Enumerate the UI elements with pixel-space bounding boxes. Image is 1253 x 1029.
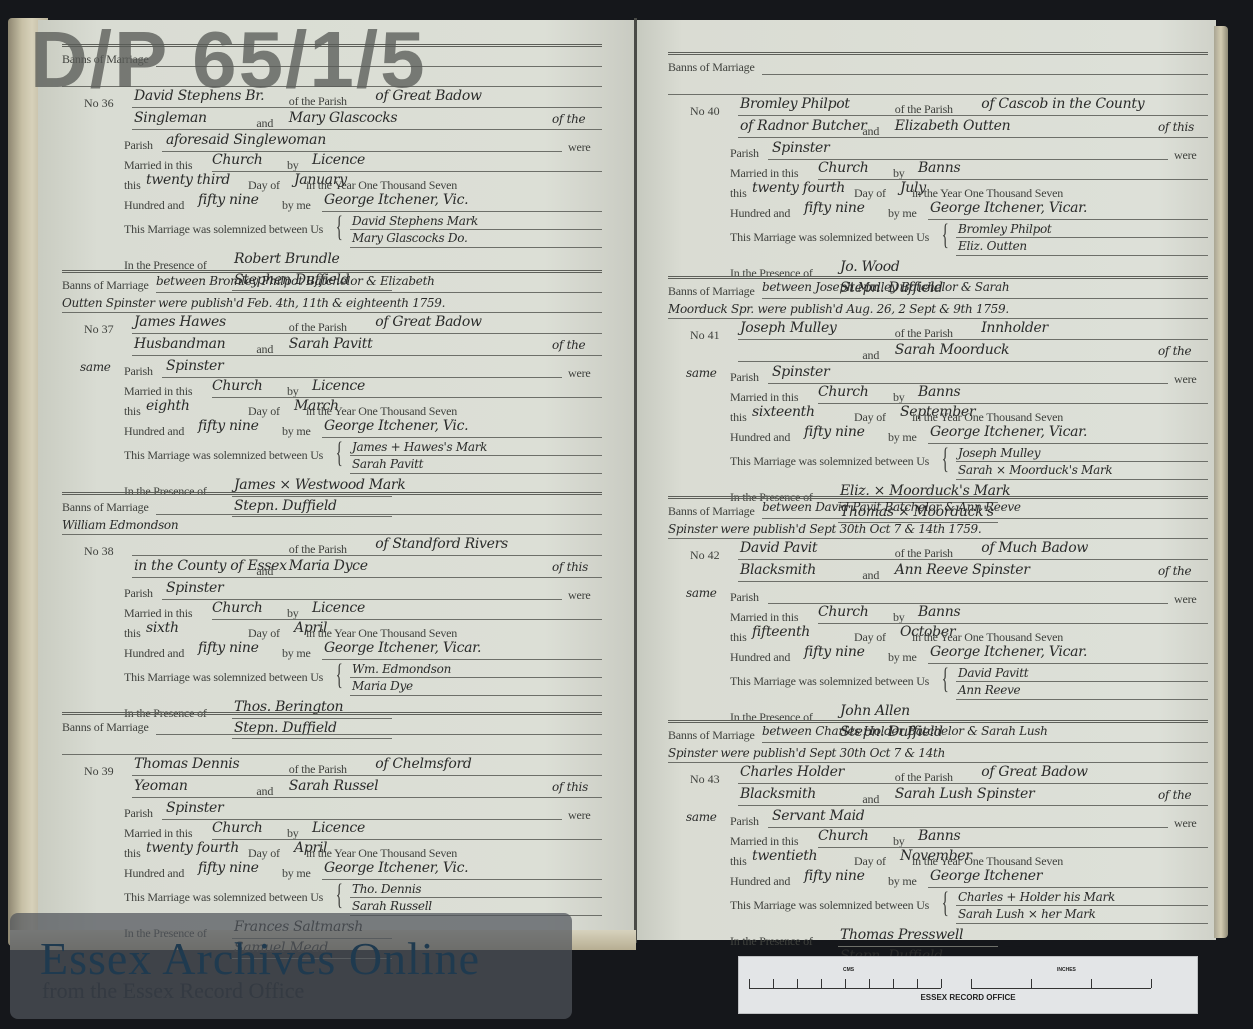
bride-name: Mary Glascocks xyxy=(289,110,398,126)
hundred-label: Hundred and xyxy=(730,206,790,221)
hundred-label: Hundred and xyxy=(730,430,790,445)
ruler-tick xyxy=(821,979,822,988)
banns-text-line2: Spinster were publish'd Sept 30th Oct 7 … xyxy=(668,522,981,536)
signature-2: Mary Glascocks Do. xyxy=(352,231,467,245)
marriage-year: fifty nine xyxy=(804,644,865,660)
minister: George Itchener, Vicar. xyxy=(930,644,1087,660)
ruler-tick xyxy=(773,979,774,988)
were-label: were xyxy=(1174,148,1197,163)
marriage-day: twenty fourth xyxy=(146,840,239,856)
hundred-label: Hundred and xyxy=(730,650,790,665)
by-method: Licence xyxy=(312,378,365,394)
entry-number: No 38 xyxy=(84,544,114,559)
entry-number: No 41 xyxy=(690,328,720,343)
this-label: this xyxy=(124,178,141,193)
line-rule xyxy=(956,905,1208,906)
banns-rule-2 xyxy=(668,538,1208,539)
year-label: in the Year One Thousand Seven xyxy=(306,404,457,419)
bride-name: Maria Dyce xyxy=(289,558,368,574)
signature-2: Maria Dye xyxy=(352,679,413,693)
place: Church xyxy=(212,600,263,616)
year-label: in the Year One Thousand Seven xyxy=(912,186,1063,201)
banns-label: Banns of Marriage xyxy=(668,284,755,299)
banns-text-line1: between Bromley Philpot Batchelor & Eliz… xyxy=(156,274,435,288)
entry-top-rule xyxy=(668,276,1208,279)
by-me-label: by me xyxy=(888,206,917,221)
groom-parish: of Great Badow xyxy=(981,764,1087,780)
year-label: in the Year One Thousand Seven xyxy=(306,178,457,193)
marriage-day: sixteenth xyxy=(752,404,815,420)
ruler-tick xyxy=(869,979,870,988)
place: Church xyxy=(818,604,869,620)
entry-number: No 39 xyxy=(84,764,114,779)
ruler-tick xyxy=(941,979,942,988)
line-rule xyxy=(350,229,602,230)
signature-1: Wm. Edmondson xyxy=(352,662,451,676)
bride-name: Sarah Pavitt xyxy=(289,336,373,352)
married-in-label: Married in this xyxy=(730,166,798,181)
line-rule xyxy=(738,137,1208,138)
by-me-label: by me xyxy=(282,424,311,439)
line-rule xyxy=(212,839,602,840)
book-edge-right xyxy=(1214,26,1228,938)
brace-icon: { xyxy=(942,220,949,250)
groom-status: Husbandman xyxy=(134,336,225,352)
solemnized-label: This Marriage was solemnized between Us xyxy=(124,890,323,905)
witness-1: John Allen xyxy=(840,703,910,719)
day-of-label: Day of xyxy=(854,630,886,645)
banns-rule xyxy=(156,514,602,515)
day-of-label: Day of xyxy=(248,846,280,861)
place: Church xyxy=(212,820,263,836)
groom-parish: of Standford Rivers xyxy=(375,536,508,552)
by-method: Banns xyxy=(918,384,960,400)
signature-2: Sarah Lush × her Mark xyxy=(958,907,1096,921)
line-rule xyxy=(956,237,1208,238)
this-label: this xyxy=(124,846,141,861)
by-method: Banns xyxy=(918,604,960,620)
ruler-tick xyxy=(1151,979,1152,988)
marriage-entry: Banns of MarriageNo 39Thomas Dennisof th… xyxy=(62,712,602,932)
parish-label: Parish xyxy=(124,138,153,153)
banns-text-line2: Outten Spinster were publish'd Feb. 4th,… xyxy=(62,296,445,310)
parish-detail: Spinster xyxy=(772,364,829,380)
marriage-entry: Banns of MarriageNo 40Bromley Philpotof … xyxy=(668,52,1208,272)
line-rule xyxy=(928,219,1208,220)
parish-detail: Spinster xyxy=(166,580,223,596)
marriage-year: fifty nine xyxy=(804,868,865,884)
line-rule xyxy=(350,247,602,248)
banns-label: Banns of Marriage xyxy=(668,728,755,743)
banns-rule-2 xyxy=(62,754,602,755)
line-rule xyxy=(956,255,1208,256)
cm-scale xyxy=(749,977,941,989)
this-label: this xyxy=(124,404,141,419)
solemnized-label: This Marriage was solemnized between Us xyxy=(730,898,929,913)
entry-number: No 42 xyxy=(690,548,720,563)
married-in-label: Married in this xyxy=(124,158,192,173)
were-label: were xyxy=(568,588,591,603)
banns-label: Banns of Marriage xyxy=(668,504,755,519)
groom-status: Blacksmith xyxy=(740,786,816,802)
hundred-label: Hundred and xyxy=(124,424,184,439)
banns-rule-2 xyxy=(668,762,1208,763)
line-rule xyxy=(132,775,602,776)
day-of-label: Day of xyxy=(854,854,886,869)
brace-icon: { xyxy=(336,660,343,690)
parish-label: Parish xyxy=(730,370,759,385)
bride-name: Ann Reeve Spinster xyxy=(895,562,1030,578)
bride-parish-of: of this xyxy=(1158,120,1194,134)
day-of-label: Day of xyxy=(854,186,886,201)
line-rule xyxy=(818,403,1208,404)
witness-1: Thomas Presswell xyxy=(840,927,963,943)
brace-icon: { xyxy=(942,664,949,694)
place: Church xyxy=(818,384,869,400)
line-rule xyxy=(738,805,1208,806)
line-rule xyxy=(838,946,998,947)
minister: George Itchener, Vic. xyxy=(324,418,468,434)
married-in-label: Married in this xyxy=(124,384,192,399)
marriage-year: fifty nine xyxy=(804,200,865,216)
by-method: Banns xyxy=(918,160,960,176)
by-me-label: by me xyxy=(888,874,917,889)
marriage-entry: Banns of Marriagebetween Joseph Mulley B… xyxy=(668,276,1208,496)
signature-2: Sarah Pavitt xyxy=(352,457,423,471)
signature-1: Bromley Philpot xyxy=(958,222,1051,236)
line-rule xyxy=(818,623,1208,624)
were-label: were xyxy=(568,366,591,381)
ruler-tick xyxy=(917,979,918,988)
by-method: Licence xyxy=(312,152,365,168)
signature-2: Sarah × Moorduck's Mark xyxy=(958,463,1112,477)
minister: George Itchener, Vic. xyxy=(324,860,468,876)
line-rule xyxy=(350,695,602,696)
line-rule xyxy=(350,677,602,678)
banns-label: Banns of Marriage xyxy=(62,278,149,293)
minister: George Itchener, Vic. xyxy=(324,192,468,208)
banns-rule-2 xyxy=(62,312,602,313)
minister: George Itchener, Vicar. xyxy=(930,200,1087,216)
marriage-day: eighth xyxy=(146,398,190,414)
year-label: in the Year One Thousand Seven xyxy=(306,846,457,861)
marriage-year: fifty nine xyxy=(198,192,259,208)
banns-rule xyxy=(156,292,602,293)
this-label: this xyxy=(124,626,141,641)
line-rule xyxy=(350,897,602,898)
line-rule xyxy=(738,783,1208,784)
solemnized-label: This Marriage was solemnized between Us xyxy=(124,222,323,237)
inch-label: INCHES xyxy=(1057,967,1076,973)
parish-prefix: same xyxy=(686,810,717,824)
banns-text-line2: William Edmondson xyxy=(62,518,178,532)
parish-prefix: same xyxy=(686,366,717,380)
groom-name: Charles Holder xyxy=(740,764,844,780)
entry-top-rule xyxy=(668,52,1208,55)
place: Church xyxy=(818,828,869,844)
marriage-day: twentieth xyxy=(752,848,817,864)
day-of-label: Day of xyxy=(854,410,886,425)
line-rule xyxy=(132,797,602,798)
line-rule xyxy=(738,115,1208,116)
entry-top-rule xyxy=(668,496,1208,499)
bride-parish-of: of the xyxy=(552,338,585,352)
minister: George Itchener, Vicar. xyxy=(324,640,481,656)
banns-label: Banns of Marriage xyxy=(62,500,149,515)
day-of-label: Day of xyxy=(248,404,280,419)
ruler-tick xyxy=(1031,979,1032,988)
bride-name: Sarah Russel xyxy=(289,778,379,794)
line-rule xyxy=(818,847,1208,848)
brace-icon: { xyxy=(336,212,343,242)
banns-label: Banns of Marriage xyxy=(668,60,755,75)
were-label: were xyxy=(1174,372,1197,387)
entry-top-rule xyxy=(62,270,602,273)
bride-parish-of: of the xyxy=(1158,344,1191,358)
marriage-entry: Banns of MarriageWilliam EdmondsonNo 38o… xyxy=(62,492,602,712)
groom-parish: of Cascob in the County xyxy=(981,96,1144,112)
groom-status: Yeoman xyxy=(134,778,188,794)
groom-parish: of Great Badow xyxy=(375,314,481,330)
line-rule xyxy=(132,129,602,130)
bride-name: Sarah Moorduck xyxy=(895,342,1009,358)
ruler-tick xyxy=(971,979,972,988)
signature-2: Eliz. Outten xyxy=(958,239,1027,253)
brace-icon: { xyxy=(942,444,949,474)
banns-rule xyxy=(762,742,1208,743)
year-label: in the Year One Thousand Seven xyxy=(912,630,1063,645)
banns-rule xyxy=(762,298,1208,299)
banns-rule-2 xyxy=(668,94,1208,95)
line-rule xyxy=(928,887,1208,888)
married-in-label: Married in this xyxy=(730,834,798,849)
signature-1: Charles + Holder his Mark xyxy=(958,890,1115,904)
day-of-label: Day of xyxy=(248,626,280,641)
banns-text-line1: between Charles Holder Batchelor & Sarah… xyxy=(762,724,1048,738)
brace-icon: { xyxy=(336,880,343,910)
marriage-year: fifty nine xyxy=(198,640,259,656)
parish-detail: Spinster xyxy=(772,140,829,156)
line-rule xyxy=(956,699,1208,700)
ruler-office-label: ESSEX RECORD OFFICE xyxy=(739,993,1197,1002)
parish-detail: aforesaid Singlewoman xyxy=(166,132,326,148)
place: Church xyxy=(212,378,263,394)
marriage-year: fifty nine xyxy=(198,418,259,434)
document-reference-stamp: D/P 65/1/5 xyxy=(30,20,427,100)
cm-label: CMS xyxy=(843,967,854,973)
banns-rule-2 xyxy=(62,534,602,535)
solemnized-label: This Marriage was solemnized between Us xyxy=(124,448,323,463)
by-me-label: by me xyxy=(282,646,311,661)
marriage-entry: Banns of Marriagebetween Charles Holder … xyxy=(668,720,1208,940)
marriage-day: fifteenth xyxy=(752,624,810,640)
line-rule xyxy=(212,171,602,172)
marriage-entry: Banns of Marriagebetween David Pavit Bat… xyxy=(668,496,1208,716)
hundred-label: Hundred and xyxy=(124,866,184,881)
ruler-tick xyxy=(749,979,750,988)
groom-name: Joseph Mulley xyxy=(740,320,837,336)
by-me-label: by me xyxy=(888,430,917,445)
ruler-tick xyxy=(845,979,846,988)
signature-1: James + Hawes's Mark xyxy=(352,440,487,454)
solemnized-label: This Marriage was solemnized between Us xyxy=(730,674,929,689)
hundred-label: Hundred and xyxy=(124,198,184,213)
banns-text-line1: between Joseph Mulley Batchelor & Sarah xyxy=(762,280,1009,294)
entry-number: No 43 xyxy=(690,772,720,787)
presence-label: In the Presence of xyxy=(730,934,813,949)
married-in-label: Married in this xyxy=(730,390,798,405)
bride-name: Sarah Lush Spinster xyxy=(895,786,1035,802)
witness-1: Jo. Wood xyxy=(840,259,900,275)
marriage-entry: Banns of Marriagebetween Bromley Philpot… xyxy=(62,270,602,490)
brace-icon: { xyxy=(336,438,343,468)
banns-text-line2: Spinster were publish'd Sept 30th Oct 7 … xyxy=(668,746,945,760)
line-rule xyxy=(928,443,1208,444)
line-rule xyxy=(132,555,602,556)
this-label: this xyxy=(730,410,747,425)
by-method: Licence xyxy=(312,820,365,836)
bride-parish-of: of the xyxy=(1158,564,1191,578)
marriage-day: twenty third xyxy=(146,172,230,188)
marriage-day: sixth xyxy=(146,620,179,636)
bride-name: Elizabeth Outten xyxy=(895,118,1011,134)
line-rule xyxy=(818,179,1208,180)
line-rule xyxy=(132,333,602,334)
bride-parish-of: of the xyxy=(1158,788,1191,802)
groom-name: David Pavit xyxy=(740,540,817,556)
ruler-tick xyxy=(1091,979,1092,988)
hundred-label: Hundred and xyxy=(730,874,790,889)
line-rule xyxy=(350,455,602,456)
groom-parish: of Chelmsford xyxy=(375,756,471,772)
line-rule xyxy=(132,107,602,108)
groom-parish: Innholder xyxy=(981,320,1048,336)
minister: George Itchener, Vicar. xyxy=(930,424,1087,440)
line-rule xyxy=(212,397,602,398)
line-rule xyxy=(956,681,1208,682)
parish-prefix: same xyxy=(686,586,717,600)
parish-label: Parish xyxy=(730,814,759,829)
line-rule xyxy=(928,663,1208,664)
banns-rule xyxy=(762,518,1208,519)
line-rule xyxy=(132,355,602,356)
year-label: in the Year One Thousand Seven xyxy=(912,854,1063,869)
ruler-tick xyxy=(797,979,798,988)
groom-status: Blacksmith xyxy=(740,562,816,578)
married-in-label: Married in this xyxy=(124,606,192,621)
banns-text-line2: Moorduck Spr. were publish'd Aug. 26, 2 … xyxy=(668,302,1009,316)
entry-number: No 37 xyxy=(84,322,114,337)
banns-rule xyxy=(762,74,1208,75)
marriage-year: fifty nine xyxy=(198,860,259,876)
by-method: Banns xyxy=(918,828,960,844)
groom-name: Thomas Dennis xyxy=(134,756,239,772)
entry-number: No 40 xyxy=(690,104,720,119)
bride-parish-of: of the xyxy=(552,112,585,126)
by-me-label: by me xyxy=(282,198,311,213)
signature-1: David Stephens Mark xyxy=(352,214,478,228)
line-rule xyxy=(132,577,602,578)
line-rule xyxy=(322,211,602,212)
solemnized-label: This Marriage was solemnized between Us xyxy=(124,670,323,685)
ruler-tick xyxy=(893,979,894,988)
banns-text-line1: between David Pavit Batchelor & Ann Reev… xyxy=(762,500,1021,514)
parish-label: Parish xyxy=(124,364,153,379)
parish-label: Parish xyxy=(124,806,153,821)
hundred-label: Hundred and xyxy=(124,646,184,661)
parish-label: Parish xyxy=(730,146,759,161)
witness-1: James × Westwood Mark xyxy=(234,477,406,493)
signature-1: Tho. Dennis xyxy=(352,882,421,896)
groom-parish: of Much Badow xyxy=(981,540,1088,556)
this-label: this xyxy=(730,186,747,201)
line-rule xyxy=(956,479,1208,480)
entry-top-rule xyxy=(62,712,602,715)
page-gutter xyxy=(634,18,637,943)
by-me-label: by me xyxy=(282,866,311,881)
line-rule xyxy=(322,659,602,660)
groom-name: Bromley Philpot xyxy=(740,96,850,112)
parish-detail: Spinster xyxy=(166,800,223,816)
line-rule xyxy=(956,923,1208,924)
bride-parish-of: of this xyxy=(552,560,588,574)
line-rule xyxy=(738,559,1208,560)
banns-label: Banns of Marriage xyxy=(62,720,149,735)
line-rule xyxy=(322,437,602,438)
by-method: Licence xyxy=(312,600,365,616)
parish-detail: Servant Maid xyxy=(772,808,864,824)
parish-detail: Spinster xyxy=(166,358,223,374)
minister: George Itchener xyxy=(930,868,1042,884)
were-label: were xyxy=(1174,592,1197,607)
year-label: in the Year One Thousand Seven xyxy=(306,626,457,641)
solemnized-label: This Marriage was solemnized between Us xyxy=(730,454,929,469)
line-rule xyxy=(738,361,1208,362)
were-label: were xyxy=(1174,816,1197,831)
entry-top-rule xyxy=(62,492,602,495)
inch-scale xyxy=(971,977,1151,989)
place: Church xyxy=(818,160,869,176)
line-rule xyxy=(212,619,602,620)
by-me-label: by me xyxy=(888,650,917,665)
line-rule xyxy=(738,581,1208,582)
bride-parish-of: of this xyxy=(552,780,588,794)
groom-name: James Hawes xyxy=(134,314,226,330)
signature-2: Ann Reeve xyxy=(958,683,1020,697)
year-label: in the Year One Thousand Seven xyxy=(912,410,1063,425)
banns-rule-2 xyxy=(668,318,1208,319)
this-label: this xyxy=(730,854,747,869)
were-label: were xyxy=(568,140,591,155)
signature-1: Joseph Mulley xyxy=(958,446,1040,460)
marriage-day: twenty fourth xyxy=(752,180,845,196)
marriage-year: fifty nine xyxy=(804,424,865,440)
watermark-subtitle: from the Essex Record Office xyxy=(42,978,304,1004)
married-in-label: Married in this xyxy=(124,826,192,841)
signature-1: David Pavitt xyxy=(958,666,1028,680)
scale-ruler: CMS INCHES ESSEX RECORD OFFICE xyxy=(738,956,1198,1014)
signature-2: Sarah Russell xyxy=(352,899,432,913)
line-rule xyxy=(956,461,1208,462)
line-rule xyxy=(350,473,602,474)
banns-rule xyxy=(156,734,602,735)
parish-prefix: same xyxy=(80,360,111,374)
this-label: this xyxy=(730,630,747,645)
entry-top-rule xyxy=(668,720,1208,723)
line-rule xyxy=(322,879,602,880)
married-in-label: Married in this xyxy=(730,610,798,625)
parish-label: Parish xyxy=(730,590,759,605)
